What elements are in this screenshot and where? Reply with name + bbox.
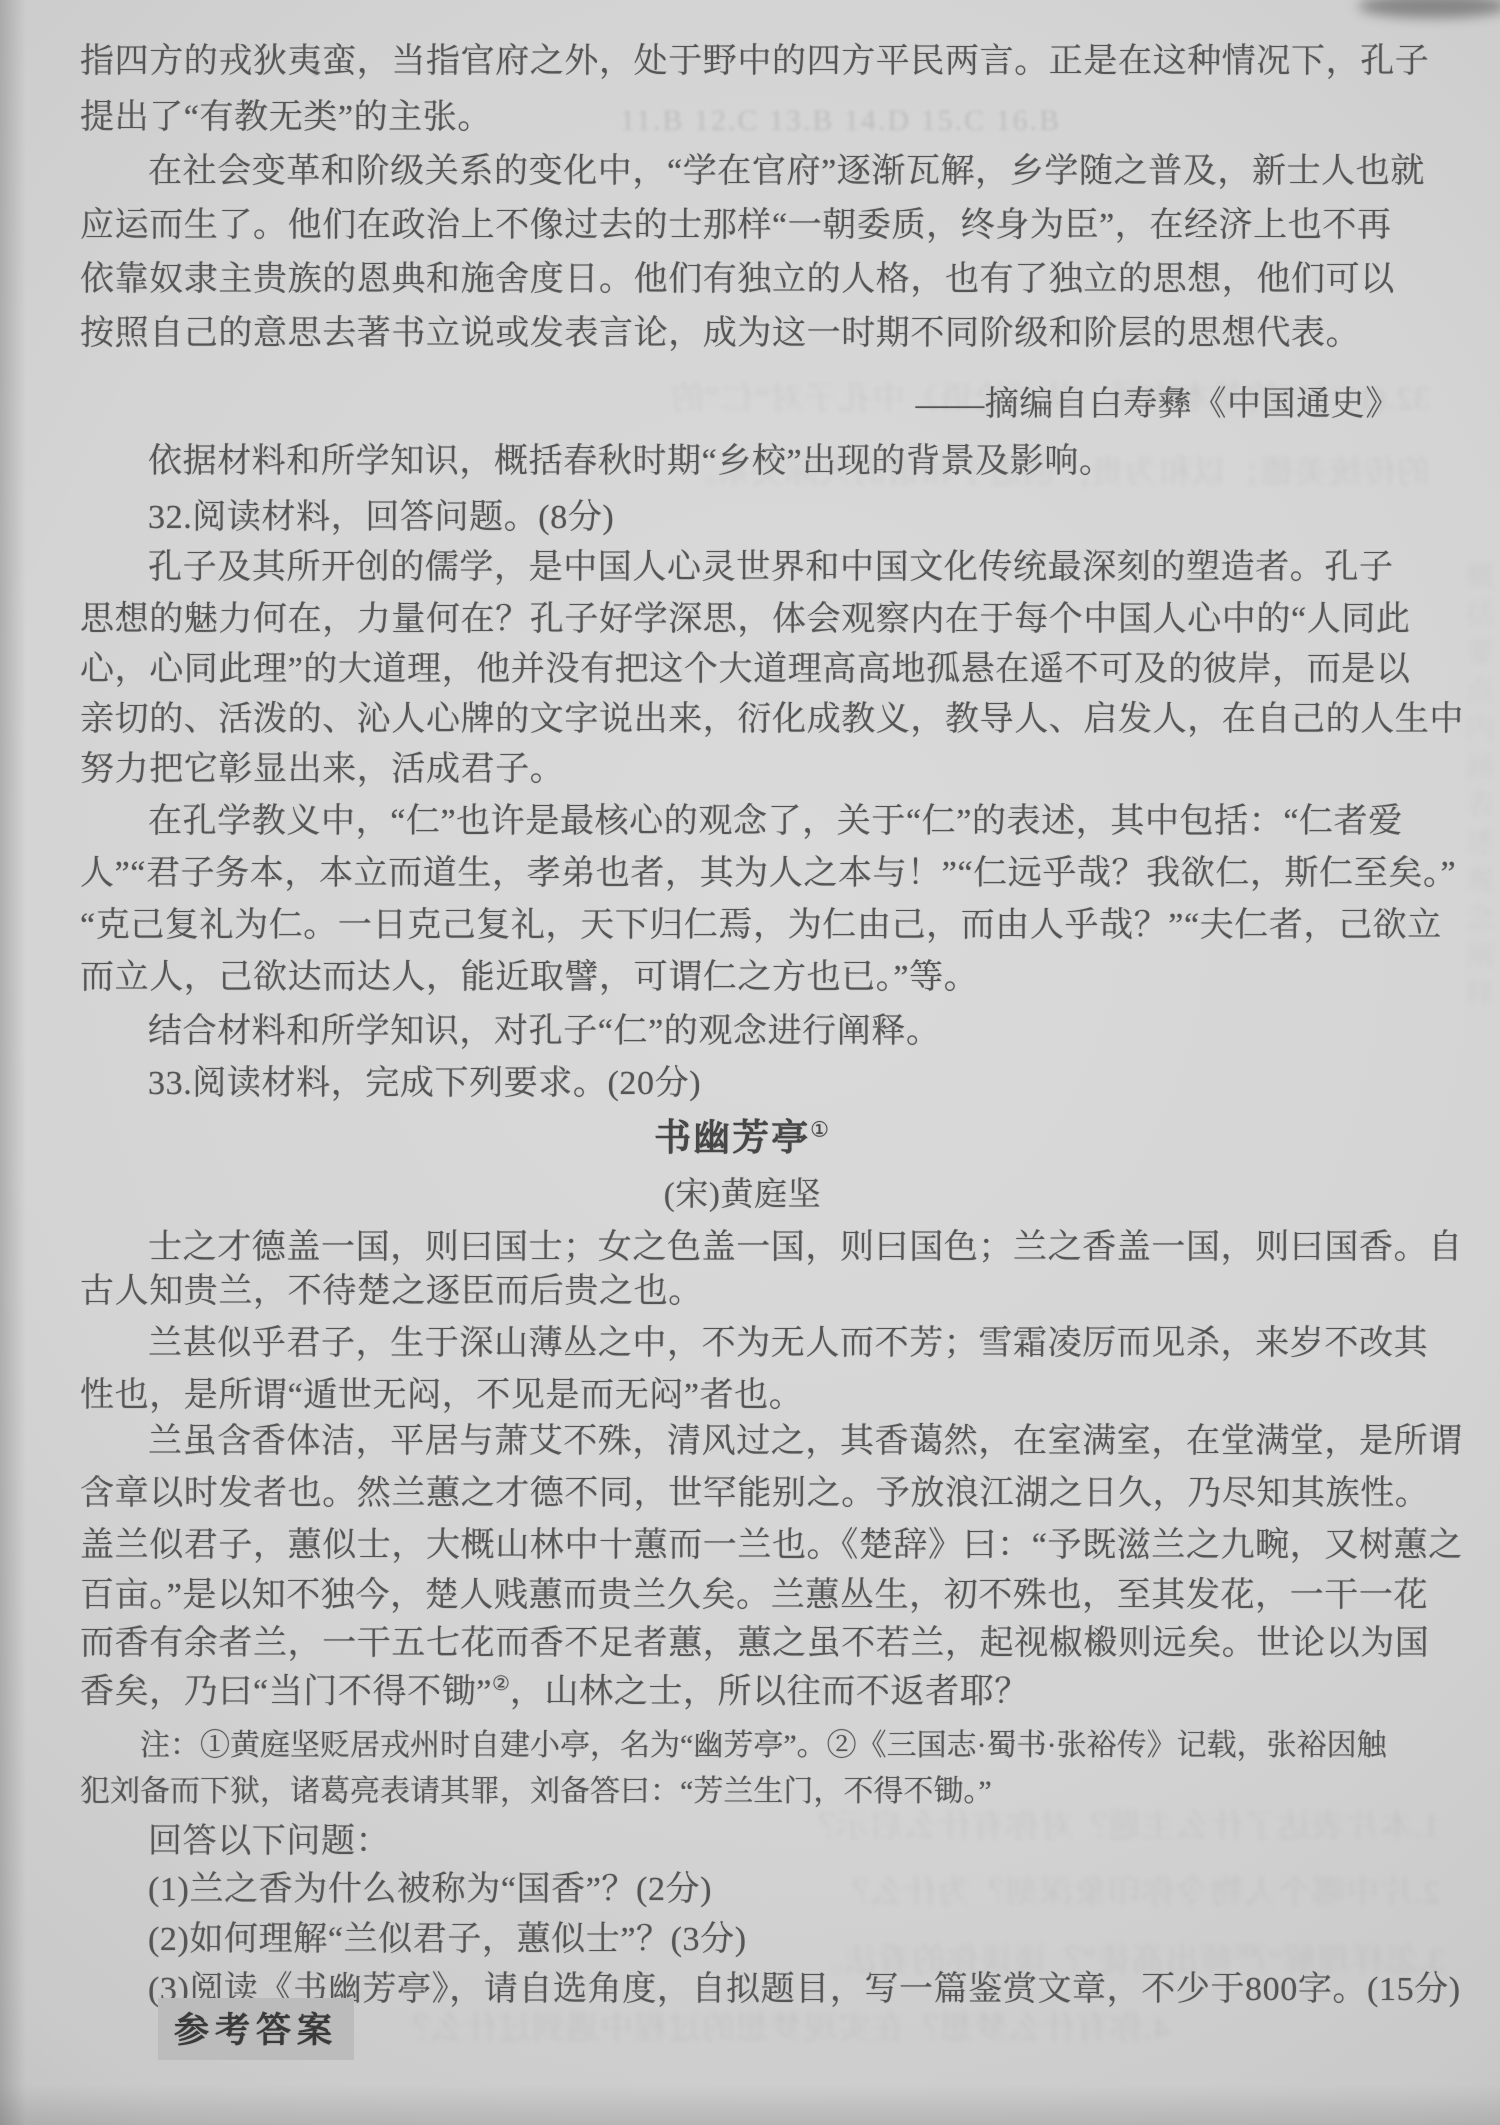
sub-questions-intro: 回答以下问题：: [80, 1822, 390, 1863]
footnote-mark-2: ②: [492, 1673, 510, 1695]
question-32-header: 32.阅读材料，回答问题。(8分): [80, 498, 614, 539]
essay-text-line: 士之才德盖一国，则曰国士；女之色盖一国，则曰国色；兰之香盖一国，则曰国香。自: [80, 1228, 1463, 1269]
material-text-line: 人”“君子务本，本立而道生，孝弟也者，其为人之本与！”“仁远乎哉？我欲仁，斯仁至…: [80, 854, 1456, 895]
essay-title: 书幽芳亭①: [80, 1116, 1405, 1160]
essay-text-line: 盖兰似君子，蕙似士，大概山林中十蕙而一兰也。《楚辞》曰：“予既滋兰之九畹，又树蕙…: [80, 1526, 1463, 1567]
essay-text-line: 兰虽含香体洁，平居与萧艾不殊，清风过之，其香蔼然，在室满室，在堂满堂，是所谓: [80, 1422, 1463, 1463]
essay-text-line: 而香有余者兰，一干五七花而香不足者蕙，蕙之虽不若兰，起视椒榝则远矣。世论以为国: [80, 1624, 1429, 1665]
essay-text-line: 兰甚似乎君子，生于深山薄丛之中，不为无人而不芳；雪霜凌厉而见杀，来岁不改其: [80, 1324, 1428, 1365]
scanned-exam-page: 11.B 12.C 13.B 14.D 15.C 16.B 32.(1)“仁”的…: [0, 0, 1500, 2125]
scan-corner-mark: [1358, 0, 1500, 18]
essay-text-line: 百亩。”是以知不独今，楚人贱蕙而贵兰久矣。兰蕙丛生，初不殊也，至其发花，一干一花: [80, 1576, 1428, 1617]
essay-title-footnote-mark: ①: [810, 1119, 831, 1142]
note-line: 注：①黄庭坚贬居戎州时自建小亭，名为“幽芳亭”。②《三国志·蜀书·张裕传》记载，…: [80, 1728, 1387, 1764]
material-text-line: 在孔学教义中，“仁”也许是最核心的观念了，关于“仁”的表述，其中包括：“仁者爱: [80, 802, 1403, 843]
material-text-line: “克己复礼为仁。一日克己复礼，天下归仁焉，为仁由己，而由人乎哉？”“夫仁者，己欲…: [80, 906, 1442, 947]
material-text-line: 提出了“有教无类”的主张。: [80, 98, 492, 139]
page-left-shadow: [0, 0, 26, 2125]
essay-text-line: 性也，是所谓“遁世无闷，不见是而无闷”者也。: [80, 1376, 803, 1417]
bleed-through-answer-line: 11.B 12.C 13.B 14.D 15.C 16.B: [620, 104, 1420, 138]
sub-question-1: (1)兰之香为什么被称为“国香”？(2分): [80, 1870, 712, 1911]
material-text-line: 依靠奴隶主贵族的恩典和施舍度日。他们有独立的人格，也有了独立的思想，他们可以: [80, 260, 1395, 301]
question-32-prompt: 结合材料和所学知识，对孔子“仁”的观念进行阐释。: [80, 1012, 941, 1053]
material-text-line: 而立人，己欲达而达人，能近取譬，可谓仁之方也已。”等。: [80, 958, 978, 999]
question-33-header: 33.阅读材料，完成下列要求。(20分): [80, 1064, 701, 1105]
reference-answers-header: 参考答案: [158, 1998, 354, 2060]
note-line: 犯刘备而下狱，诸葛亮表请其罪，刘备答曰：“芳兰生门，不得不锄。”: [80, 1774, 992, 1810]
essay-title-text: 书幽芳亭: [654, 1117, 810, 1158]
material-text-line: 在社会变革和阶级关系的变化中，“学在官府”逐渐瓦解，乡学随之普及，新士人也就: [80, 152, 1425, 193]
material-text-line: 亲切的、活泼的、沁人心牌的文字说出来，衍化成教义，教导人、启发人，在自己的人生中: [80, 700, 1464, 741]
material-text-line: 按照自己的意思去著书立说或发表言论，成为这一时期不同阶级和阶层的思想代表。: [80, 314, 1360, 355]
material-text-line: 应运而生了。他们在政治上不像过去的士那样“一朝委质，终身为臣”，在经济上也不再: [80, 206, 1392, 247]
essay-text-line: 含章以时发者也。然兰蕙之才德不同，世罕能别之。予放浪江湖之日久，乃尽知其族性。: [80, 1474, 1429, 1515]
material-text-line: 孔子及其所开创的儒学，是中国人心灵世界和中国文化传统最深刻的塑造者。孔子: [80, 548, 1394, 589]
source-attribution: ——摘编自白寿彝《中国通史》: [916, 385, 1400, 426]
material-text-line: 指四方的戎狄夷蛮，当指官府之外，处于野中的四方平民两言。正是在这种情况下，孔子: [80, 42, 1429, 83]
page-bottom-shadow: [0, 2085, 1500, 2125]
essay-text-line: 香矣，乃曰“当门不得不锄”②，山林之士，所以往而不返者耶？: [80, 1672, 1029, 1713]
essay-author: (宋)黄庭坚: [80, 1176, 1405, 1216]
bleed-through-edge-column: 概括要点内涵表述观念阐释: [1454, 560, 1498, 1260]
essay-text-line: 古人知贵兰，不待楚之逐臣而后贵之也。: [80, 1272, 703, 1313]
material-text-line: 思想的魅力何在，力量何在？孔子好学深思，体会观察内在于每个中国人心中的“人同此: [80, 600, 1411, 641]
material-text-line: 心，心同此理”的大道理，他并没有把这个大道理高高地孤悬在遥不可及的彼岸，而是以: [80, 650, 1411, 691]
bleed-through-ghost-line: 2.片中哪个人物令你印象深刻？为什么？: [835, 1866, 1440, 1913]
sub-question-2: (2)如何理解“兰似君子，蕙似士”？(3分): [80, 1920, 747, 1961]
material-text-line: 努力把它彰显出来，活成君子。: [80, 750, 564, 791]
question-31-prompt: 依据材料和所学知识，概括春秋时期“乡校”出现的背景及影响。: [80, 442, 1114, 483]
